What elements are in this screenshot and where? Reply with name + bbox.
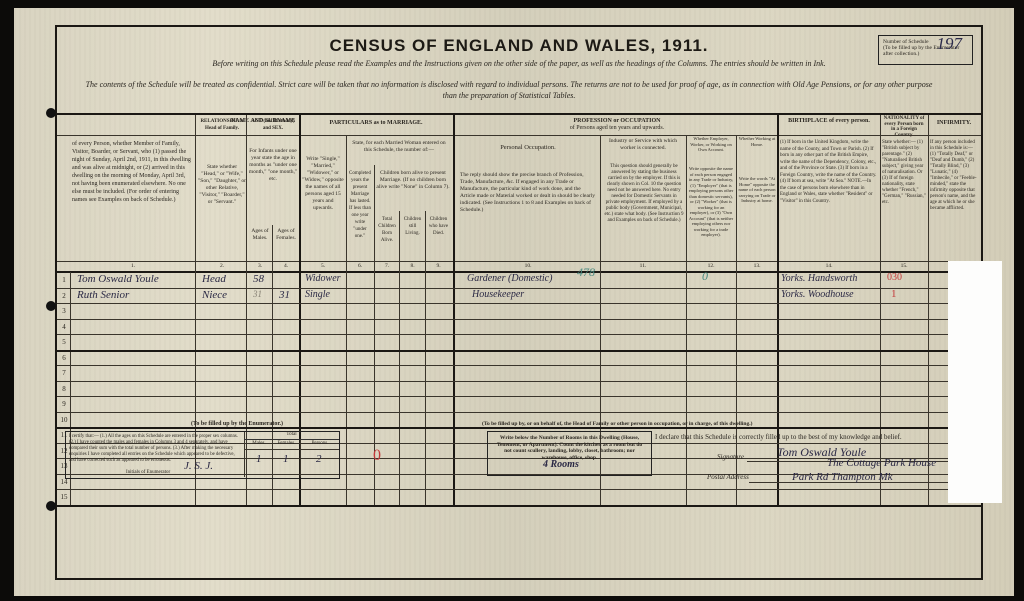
redacted-area xyxy=(948,261,1002,503)
col-nationality-title: NATIONALITY of every Person born in a Fo… xyxy=(881,115,927,137)
col-age-females: Ages of Females. xyxy=(273,227,299,257)
col-num-3: 3. xyxy=(247,262,273,271)
col-still-living: Children still Living. xyxy=(400,215,425,255)
signature-label: Signature xyxy=(717,453,744,461)
table-bottom-border xyxy=(57,505,981,507)
col-home: Whether Working at Home. xyxy=(737,135,777,159)
row-number: 4 xyxy=(58,323,70,331)
confidential-notice: The contents of the Schedule will be tre… xyxy=(67,79,951,101)
col-infirmity-title: INFIRMITY. xyxy=(929,119,979,131)
entry-2-occupation: Housekeeper xyxy=(472,289,524,300)
entry-1-name: Tom Oswald Youle xyxy=(77,273,159,285)
row-number: 3 xyxy=(58,307,70,315)
col-completed-years: Completed years the present Marriage has… xyxy=(347,169,373,259)
col-died: Children who have Died. xyxy=(426,215,451,255)
table-row xyxy=(57,381,981,382)
address-line-2: Park Rd Thampton Mk xyxy=(792,471,893,483)
col-nationality-desc: State whether:— (1) "British subject by … xyxy=(881,139,927,259)
table-row xyxy=(57,365,981,366)
enumerator-heading: (To be filled up by the Enumerator.) xyxy=(127,421,347,427)
col-num-5: 5. xyxy=(301,262,345,271)
col-num-7: 7. xyxy=(375,262,399,271)
col-birthplace-desc: (1) If born in the United Kingdom, write… xyxy=(779,139,879,259)
census-table: NAME AND SURNAME RELATIONSHIP to Head of… xyxy=(57,113,981,115)
col-num-9: 9. xyxy=(426,262,451,271)
col-name-desc: of every Person, whether Member of Famil… xyxy=(71,139,195,259)
schedule-number: 197 xyxy=(937,34,963,54)
persons-label: Persons. xyxy=(301,441,339,448)
total-females: 1 xyxy=(283,456,289,463)
binding-hole xyxy=(46,108,56,118)
table-row xyxy=(57,427,981,429)
col-num-8: 8. xyxy=(400,262,425,271)
red-mark: 0 xyxy=(373,447,381,465)
col-num-4: 4. xyxy=(273,262,299,271)
table-row xyxy=(57,334,981,335)
table-row xyxy=(57,412,981,413)
row-number: 5 xyxy=(58,338,70,346)
col-relationship-title: RELATIONSHIP to Head of Family. xyxy=(197,117,247,135)
col-personal-occupation: Personal Occupation. xyxy=(457,143,599,155)
col-num-1: 1. xyxy=(71,262,195,271)
entry-2-age-male-struck: 31 xyxy=(253,289,262,299)
col-employer: Whether Employer, Worker, or Working on … xyxy=(687,135,735,163)
col-total-born: Total Children Born Alive. xyxy=(375,215,399,255)
row-number: 15 xyxy=(58,493,70,501)
table-row xyxy=(57,489,981,490)
entry-2-birthplace: Yorks. Woodhouse xyxy=(781,289,854,300)
col-num-11: 11. xyxy=(601,262,685,271)
entry-2-relationship: Niece xyxy=(202,289,227,301)
occupation-subtitle: of Persons aged ten years and upwards. xyxy=(458,125,776,132)
divider xyxy=(272,439,273,477)
col-num-14: 14. xyxy=(779,262,879,271)
enumerator-box: I certify that:— (1.) All the ages on th… xyxy=(65,431,340,479)
entry-2-code: 1 xyxy=(891,288,897,300)
row-number: 9 xyxy=(58,400,70,408)
col-divider xyxy=(453,115,455,505)
col-industry: Industry or Service with which worker is… xyxy=(601,137,685,157)
address-line-1: The Cottage Park House xyxy=(827,457,936,469)
col-children-born: Children born alive to present Marriage.… xyxy=(375,169,451,205)
col-personal-desc: The reply should show the precise branch… xyxy=(459,171,597,261)
row-number: 2 xyxy=(58,292,70,300)
col-num-6: 6. xyxy=(347,262,373,271)
col-divider xyxy=(425,211,426,505)
rooms-box: Write below the Number of Rooms in this … xyxy=(487,431,652,476)
entry-2-marital: Single xyxy=(305,289,330,300)
table-row xyxy=(57,396,981,397)
entry-2-name: Ruth Senior xyxy=(77,289,129,301)
household-heading: (To be filled up by, or on behalf of, th… xyxy=(482,421,982,427)
col-birthplace-title: BIRTHPLACE of every person. xyxy=(779,117,879,135)
census-schedule-page: CENSUS OF ENGLAND AND WALES, 1911. Befor… xyxy=(14,8,1014,596)
divider xyxy=(244,449,339,450)
col-divider xyxy=(928,115,929,505)
col-num-12: 12. xyxy=(687,262,735,271)
table-row xyxy=(57,303,981,304)
col-num-13: 13. xyxy=(737,262,777,271)
col-marital-desc: Write "Single," "Married," "Widower," or… xyxy=(301,155,345,245)
confidential-line-2: than the preparation of Statistical Tabl… xyxy=(67,90,951,101)
col-num-15: 15. xyxy=(881,262,927,271)
table-row xyxy=(57,319,981,320)
row-number: 6 xyxy=(58,354,70,362)
col-num-2: 2. xyxy=(197,262,247,271)
row-number: 10 xyxy=(58,416,70,424)
females-label: Females. xyxy=(273,441,300,448)
table-row xyxy=(57,350,981,352)
total-persons: 2 xyxy=(316,456,322,463)
entry-1-relationship: Head xyxy=(202,273,226,285)
instruction-line: Before writing on this Schedule please r… xyxy=(57,59,981,68)
entry-1-code: 030 xyxy=(887,272,902,283)
entry-1-birthplace: Yorks. Handsworth xyxy=(781,273,857,284)
col-divider xyxy=(736,135,737,505)
document-title: CENSUS OF ENGLAND AND WALES, 1911. xyxy=(57,36,981,56)
entry-1-occupation: Gardener (Domestic) xyxy=(467,273,552,284)
col-relationship-desc: State whether "Head," or "Wife," "Son," … xyxy=(197,163,247,243)
enumerator-initials: J. S. J. xyxy=(184,463,213,470)
col-industry-desc: This question should generally be answer… xyxy=(603,163,685,261)
col-employer-desc: Write opposite the name of each person e… xyxy=(687,165,735,261)
row-number: 7 xyxy=(58,369,70,377)
total-label: Total xyxy=(244,432,339,440)
col-marriage-title: PARTICULARS as to MARRIAGE. xyxy=(301,119,451,131)
col-infirmity-desc: If any person included in this Schedule … xyxy=(929,139,979,259)
enumerator-certify: I certify that:— (1.) All the ages on th… xyxy=(69,434,241,464)
rooms-instruction: Write below the Number of Rooms in this … xyxy=(494,435,645,461)
col-occupation-title: PROFESSION or OCCUPATION of Persons aged… xyxy=(457,117,777,135)
rooms-count: 4 Rooms xyxy=(543,462,579,469)
entry-1-occupation-code: 478 xyxy=(577,265,595,280)
address-label: Postal Address xyxy=(707,473,749,481)
col-age-desc: For Infants under one year state the age… xyxy=(247,147,299,197)
schedule-frame: CENSUS OF ENGLAND AND WALES, 1911. Befor… xyxy=(55,25,983,580)
total-males: 1 xyxy=(256,456,262,463)
occupation-title: PROFESSION or OCCUPATION xyxy=(458,118,776,125)
entry-1-age-male: 58 xyxy=(253,273,264,285)
col-divider xyxy=(880,115,881,505)
entry-2-age-female: 31 xyxy=(279,289,290,301)
entry-1-marital: Widower xyxy=(305,273,341,284)
col-divider xyxy=(399,211,400,505)
males-label: Males. xyxy=(246,441,272,448)
binding-hole xyxy=(46,301,56,311)
declaration: I declare that this Schedule is correctl… xyxy=(655,433,902,441)
col-age-title: AGE (last Birthday) and SEX. xyxy=(247,117,299,135)
col-divider xyxy=(346,135,347,505)
row-number: 1 xyxy=(58,276,70,284)
schedule-number-box: Number of Schedule (To be filled up by t… xyxy=(878,35,973,65)
entry-1-employer-code: 0 xyxy=(702,269,708,284)
row-number: 8 xyxy=(58,385,70,393)
col-divider xyxy=(686,135,687,505)
col-home-desc: Write the words "At Home" opposite the n… xyxy=(737,175,777,255)
col-married-woman: State, for each Married Woman entered on… xyxy=(347,139,451,165)
divider xyxy=(300,439,301,477)
initials-label: Initials of Enumerator xyxy=(126,470,170,477)
col-age-males: Ages of Males. xyxy=(247,227,273,257)
confidential-line-1: The contents of the Schedule will be tre… xyxy=(67,79,951,90)
binding-hole xyxy=(46,501,56,511)
